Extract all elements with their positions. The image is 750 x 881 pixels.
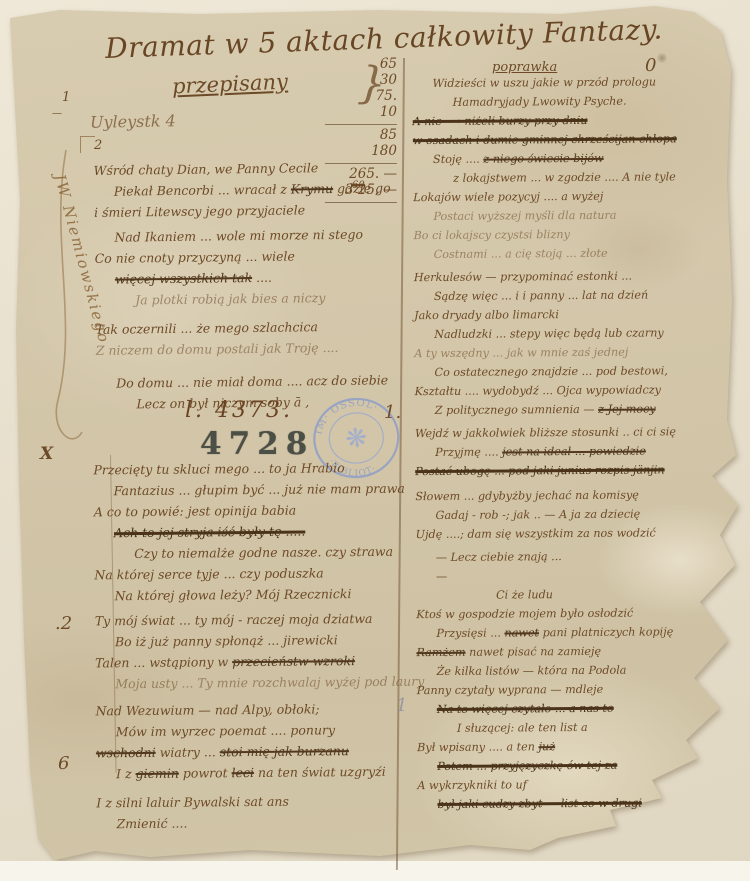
manuscript-line: Czy to niemalże godne nasze. czy strawa: [134, 541, 410, 564]
manuscript-line: Na to więcej czytało ... a nas to: [437, 698, 745, 719]
stamp-center-ornament-icon: ❋: [344, 423, 370, 456]
manuscript-line: Mów im wyrzec poemat .... ponury: [116, 719, 412, 743]
manuscript-line: Jako dryady albo limarcki: [414, 304, 742, 325]
manuscript-line: Piekał Bencorbi ... wracał z Krymu gdzie…: [114, 177, 410, 202]
margin-mark: 6: [58, 753, 69, 774]
manuscript-line: Przyjmę .... jest na ideał ... powiedzie: [435, 441, 743, 462]
manuscript-line: I z giemin powrot leci na ten świat uzgr…: [116, 761, 412, 785]
manuscript-line: Wejdź w jakkolwiek bliższe stosunki .. c…: [415, 422, 743, 443]
manuscript-line: Herkulesów — przypominać estonki ...: [414, 266, 742, 287]
manuscript-line: Ujdę ....; dam się wszystkim za nos wodz…: [416, 523, 744, 544]
manuscript-line: Postać ubogę ... pod jaki junius rozpis …: [415, 460, 743, 481]
manuscript-line: Postaci wyższej myśli dla natura: [433, 205, 741, 226]
manuscript-line: Talen ... wstąpiony w przecieństw wzroki: [95, 650, 411, 674]
manuscript-line: Przecięty tu skluci mego ... to ja Hrabi…: [93, 457, 409, 481]
manuscript-line: A ty wszędny ... jak w mnie zaś jednej: [414, 342, 742, 363]
manuscript-line: — Lecz ciebie znają ...: [436, 546, 744, 567]
manuscript-line: I słuzącej: ale ten list a: [457, 717, 745, 738]
accession-number: 4728: [200, 426, 314, 462]
manuscript-line: i śmieri Litewscy jego przyjaciele: [94, 198, 410, 223]
margin-mark: 1: [396, 695, 407, 716]
manuscript-line: Ktoś w gospodzie mojem było osłodzić: [416, 603, 744, 624]
manuscript-line: Stoję .... z niego świecie bijów: [433, 148, 741, 169]
right-column: Widzieści w uszu jakie w przód prologuHa…: [412, 72, 745, 814]
manuscript-line: Kształtu .... wydobydź ... Ojca wypowiad…: [415, 380, 743, 401]
manuscript-line: Panny czytały wyprana — mdleje: [417, 679, 745, 700]
manuscript-line: Fantazius ... głupim być ... już nie mam…: [114, 478, 410, 502]
manuscript-line: Widzieści w uszu jakie w przód prologu: [432, 72, 740, 93]
manuscript-line: Na której głowa leży? Mój Rzecznicki: [114, 583, 410, 607]
margin-bracket: [80, 136, 95, 153]
tally-line: 85: [315, 127, 397, 143]
manuscript-line: Na której serce tyje ... czy poduszka: [94, 562, 410, 586]
manuscript-scan: Dramat w 5 aktach całkowity Fantazy. pop…: [0, 0, 750, 881]
manuscript-line: —: [436, 565, 744, 586]
tally-line: [325, 121, 397, 125]
margin-mark: }: [356, 57, 387, 110]
left-column-lower: Przecięty tu skluci mego ... to ja Hrabi…: [93, 457, 412, 835]
manuscript-line: Nadludzki ... stepy więc będą lub czarny: [434, 323, 742, 344]
margin-mark: 0: [645, 55, 656, 76]
margin-mark: —: [52, 108, 62, 119]
manuscript-line: był jaki cudzy zbyt — list co w drugi: [437, 793, 745, 814]
manuscript-line: wschodni wiatry ... stoi mię jak burzanu: [96, 740, 412, 764]
manuscript-line: Ci że ludu: [496, 584, 744, 605]
manuscript-line: Ty mój świat ... ty mój - raczej moja dz…: [95, 608, 411, 632]
manuscript-line: z lokajstwem ... w zgodzie .... A nie ty…: [453, 167, 741, 188]
manuscript-line: Hamadryjady Lwowity Psyche.: [453, 91, 741, 112]
manuscript-line: Ja plotki robią jak bies a niczy: [135, 286, 411, 310]
manuscript-line: Nad Wezuwium — nad Alpy, obłoki;: [95, 698, 411, 722]
margin-scribble: Uyleystk 4: [90, 111, 176, 131]
manuscript-line: A nic ⟶ niżeli burzy przy dniu: [413, 110, 741, 131]
scan-backing-strip: [0, 861, 750, 881]
manuscript-line: Że kilka listów — która na Podola: [437, 660, 745, 681]
registry-number: l. 4373.: [185, 398, 293, 423]
subtitle-przepisany: przepisany: [172, 69, 289, 98]
manuscript-line: Z niczem do domu postali jak Troję ....: [96, 336, 412, 361]
manuscript-line: Bo iż już panny spłonąż ... jirewicki: [115, 629, 411, 653]
margin-mark: 1.: [384, 402, 401, 423]
manuscript-line: Ramżem nawet pisać na zamieję: [416, 641, 744, 662]
manuscript-line: I z silni laluir Bywalski sat ans: [96, 790, 412, 814]
manuscript-line: Był wpisany .... a ten już: [417, 736, 745, 757]
manuscript-line: Przysięsi ... nawet pani platniczych kop…: [436, 622, 744, 643]
margin-mark: 1: [62, 90, 70, 105]
manuscript-line: Lokajów wiele pozycyj .... a wyżej: [413, 186, 741, 207]
manuscript-line: Bo ci lokajscy czystsi blizny: [413, 224, 741, 245]
margin-mark: .2: [55, 613, 72, 634]
margin-mark: 2: [94, 138, 102, 153]
manuscript-line: Z politycznego sumnienia — z Jej mocy: [435, 399, 743, 420]
margin-mark: 60: [352, 180, 365, 191]
left-column-upper: Wśród chaty Dian, we Panny CecilePiekał …: [93, 156, 412, 415]
manuscript-line: Costnami ... a cię stoją ... złote: [434, 243, 742, 264]
manuscript-line: Sądzę więc ... i i panny ... lat na dzie…: [434, 285, 742, 306]
manuscript-line: w osadach i dumie gminnej chrześcijan ch…: [413, 129, 741, 150]
manuscript-line: Moja usty ... Ty mnie rozchwalaj wyżej p…: [115, 671, 411, 695]
manuscript-line: Słowem ... gdybyżby jechać na komisyę: [415, 485, 743, 506]
manuscript-line: Gadaj - rob -; jak .. — A ja za dziecię: [435, 504, 743, 525]
manuscript-line: Ach to jej stryja iść były tę .....: [114, 520, 410, 544]
manuscript-line: Potem ... przyjęzyczkę ów tej za: [437, 755, 745, 776]
margin-mark: X: [40, 444, 53, 464]
manuscript-line: Co ostatecznego znajdzie ... pod bestowi…: [434, 361, 742, 382]
manuscript-line: A co to powié: jest opinija babia: [94, 499, 410, 523]
manuscript-line: Zmienić ....: [116, 811, 412, 835]
manuscript-line: A wykrzykniki to uf: [417, 774, 745, 795]
